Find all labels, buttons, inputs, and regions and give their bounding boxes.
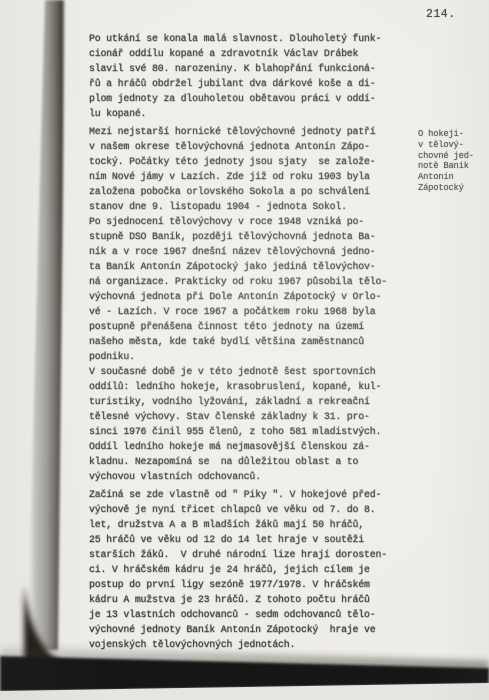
text-line: Oddíl ledního hokeje má nejmasovější čle… [89, 439, 419, 454]
binding-wedge [24, 585, 70, 672]
text-line: sinci 1976 činil 955 členů, z toho 581 m… [89, 424, 419, 439]
text-line: postup do první ligy sezóně 1977/1978. V… [89, 577, 419, 592]
text-line: našeho města, kde také bydlí většina zam… [89, 334, 419, 349]
text-line: kádru A mužstva je 23 hráčů. Z tohoto po… [89, 592, 419, 607]
text-line: řů a hráčů obdržel jubilant dva dárkové … [89, 76, 419, 91]
text-line: slavil své 80. narozeniny. K blahopřání … [89, 61, 419, 76]
text-line: vojenských tělovýchovných jednotách. [89, 637, 419, 652]
page-number: 214. [426, 8, 456, 21]
text-line: kladnu. Nezapomíná se na důležitou oblas… [89, 454, 419, 469]
margin-note-line: v tělový- [418, 140, 486, 151]
text-line: lu kopané. [89, 106, 419, 121]
text-line: tocký. Počátky této jednoty jsou sjaty s… [89, 154, 419, 169]
paragraph: Začíná se zde vlastně od " Piky ". V hok… [89, 487, 419, 652]
text-line: turistiky, vodního lyžování, základní a … [89, 394, 419, 409]
text-line: výchovné jednoty Baník Antonín Zápotocký… [89, 622, 419, 637]
bottom-paper-edge [0, 683, 489, 700]
margin-note: O hokeji-v tělový-chovné jed-notě BaníkA… [418, 129, 486, 194]
text-line: postupně přenášena činnost této jednoty … [89, 319, 419, 334]
paragraph: Mezi nejstarší hornické tělovýchovné jed… [89, 124, 419, 484]
text-line: stupně DSO Baník, později tělovýchovná j… [89, 229, 419, 244]
text-line: tělesné výchovy. Stav členské základny k… [89, 409, 419, 424]
text-line: plom jednoty za dlouholetou obětavou prá… [89, 91, 419, 106]
text-line: ná organizace. Prakticky od roku 1967 pů… [89, 274, 419, 289]
text-line: Po utkání se konala malá slavnost. Dlouh… [89, 31, 419, 46]
margin-note-line: Zápotocký [418, 183, 486, 194]
text-line: je 13 vlastních odchovanců - sedm odchov… [89, 607, 419, 622]
margin-note-line: O hokeji- [418, 129, 486, 140]
text-line: 25 hráčů ve věku od 12 do 14 let hraje v… [89, 532, 419, 547]
text-line: ním Nové jámy v Lazích. Zde již od roku … [89, 169, 419, 184]
text-line: V současné době je v této jednotě šest s… [89, 364, 419, 379]
text-line: výchovou vlastních odchovanců. [89, 469, 419, 484]
text-line: starších žáků. V druhé národní lize hraj… [89, 547, 419, 562]
text-line: oddílů: ledního hokeje, krasobruslení, k… [89, 379, 419, 394]
text-line: výchovná jednota při Dole Antonín Zápoto… [89, 289, 419, 304]
bottom-band [0, 656, 489, 692]
scanned-page: 214. Po utkání se konala malá slavnost. … [0, 0, 489, 700]
text-line: stanov dne 9. listopadu 1904 - jednota S… [89, 199, 419, 214]
margin-note-line: notě Baník [418, 161, 486, 172]
text-line: založena pobočka orlovského Sokola a po … [89, 184, 419, 199]
text-line: cionář oddílu kopané a zdravotník Václav… [89, 46, 419, 61]
text-line: v našem okrese tělovýchovná jednota Anto… [89, 139, 419, 154]
paragraph: Po utkání se konala malá slavnost. Dlouh… [89, 31, 419, 121]
text-line: Začíná se zde vlastně od " Piky ". V hok… [89, 487, 419, 502]
text-line: let, družstva A a B mladších žáků mají 5… [89, 517, 419, 532]
text-line: výchově je nyní třicet chlapců ve věku o… [89, 502, 419, 517]
text-column: Po utkání se konala malá slavnost. Dlouh… [89, 31, 419, 655]
margin-note-line: Antonín [418, 172, 486, 183]
margin-note-line: chovné jed- [418, 151, 486, 162]
text-line: Mezi nejstarší hornické tělovýchovné jed… [89, 124, 419, 139]
text-line: vé - Lazích. V roce 1967 a počátkem roku… [89, 304, 419, 319]
text-line: ci. V hráčském kádru je 24 hráčů, jejich… [89, 562, 419, 577]
text-line: ník a v roce 1967 dnešní název tělovýcho… [89, 244, 419, 259]
binding-strip [27, 0, 65, 650]
text-line: ta Baník Antonín Zápotocký jako jediná t… [89, 259, 419, 274]
text-line: podniku. [89, 349, 419, 364]
text-line: Po sjednocení tělovýchovy v roce 1948 vz… [89, 214, 419, 229]
